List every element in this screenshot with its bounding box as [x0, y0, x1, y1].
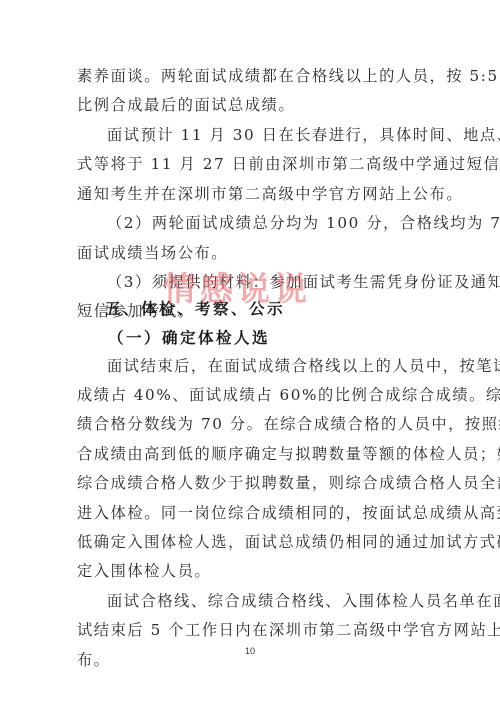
paragraph-line: （2）两轮面试成绩总分均为 100 分，合格线均为 70 分， [107, 213, 427, 233]
paragraph-line: 合成绩由高到低的顺序确定与拟聘数量等额的体检人员；如 [77, 444, 427, 464]
paragraph-line: 进入体检。同一岗位综合成绩相同的，按面试总成绩从高到 [77, 503, 427, 523]
paragraph-line: 面试结束后，在面试成绩合格线以上的人员中，按笔试 [107, 356, 427, 376]
document-page: 素养面谈。两轮面试成绩都在合格线以上的人员，按 5:5 的 比例合成最后的面试总… [0, 0, 500, 707]
paragraph-line: 绩合格分数线为 70 分。在综合成绩合格的人员中，按照综 [77, 414, 427, 434]
paragraph-line: 低确定入围体检人选，面试总成绩仍相同的通过加试方式确 [77, 532, 427, 552]
paragraph-line: 定入围体检人员。 [77, 561, 427, 581]
paragraph-line: 通知考生并在深圳市第二高级中学官方网站上公布。 [77, 184, 427, 204]
paragraph-line: 试结束后 5 个工作日内在深圳市第二高级中学官方网站上公 [77, 620, 427, 640]
subsection-heading: （一）确定体检人选 [108, 326, 270, 348]
page-number: 10 [0, 646, 500, 656]
paragraph-line: 式等将于 11 月 27 日前由深圳市第二高级中学通过短信方式 [77, 154, 427, 174]
paragraph-line: 面试预计 11 月 30 日在长春进行，具体时间、地点、形 [107, 125, 427, 145]
paragraph-line: 成绩占 40%、面试成绩占 60%的比例合成综合成绩。综合成 [77, 385, 427, 405]
watermark: 情感说说 [163, 263, 311, 310]
paragraph-line: 比例合成最后的面试总成绩。 [77, 95, 427, 115]
paragraph-line: 面试合格线、综合成绩合格线、入围体检人员名单在面 [107, 591, 427, 611]
paragraph-line: 面试成绩当场公布。 [77, 243, 427, 263]
paragraph-line: 素养面谈。两轮面试成绩都在合格线以上的人员，按 5:5 的 [77, 66, 427, 86]
paragraph-line: 综合成绩合格人数少于拟聘数量，则综合成绩合格人员全部 [77, 473, 427, 493]
